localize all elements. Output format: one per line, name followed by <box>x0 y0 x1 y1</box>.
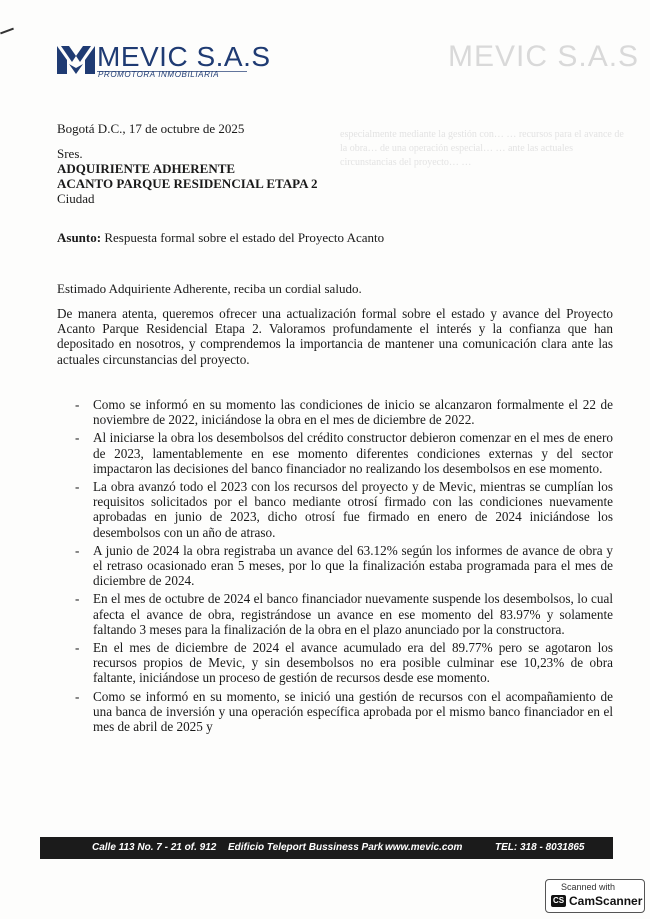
letterhead-footer: Calle 113 No. 7 - 21 of. 912 Edificio Te… <box>40 837 613 859</box>
camscanner-name: CamScanner <box>569 894 642 908</box>
company-name: MEVIC S.A.S <box>97 41 271 73</box>
list-item: -En el mes de octubre de 2024 el banco f… <box>57 591 613 637</box>
subject-label: Asunto: <box>57 230 101 245</box>
bullet-dash-icon: - <box>75 640 79 655</box>
mevic-m-icon <box>57 44 95 74</box>
list-item: -Como se informó en su momento, se inici… <box>57 689 613 735</box>
list-item-text: La obra avanzó todo el 2023 con los recu… <box>93 479 613 540</box>
recipient-city: Ciudad <box>57 191 95 207</box>
camscanner-badge: Scanned with CS CamScanner <box>545 879 645 913</box>
salutation-prefix: Sres. <box>57 146 83 162</box>
list-item: -Como se informó en su momento las condi… <box>57 397 613 427</box>
bullet-dash-icon: - <box>75 479 79 494</box>
company-tagline: PROMOTORA INMOBILIARIA <box>98 70 219 79</box>
place-date: Bogotá D.C., 17 de octubre de 2025 <box>57 121 244 137</box>
footer-address: Calle 113 No. 7 - 21 of. 912 <box>92 842 216 853</box>
status-points-list: -Como se informó en su momento las condi… <box>57 397 613 737</box>
footer-phone: TEL: 318 - 8031865 <box>495 842 585 853</box>
bullet-dash-icon: - <box>75 397 79 412</box>
bullet-dash-icon: - <box>75 689 79 704</box>
list-item-text: A junio de 2024 la obra registraba un av… <box>93 543 613 588</box>
list-item-text: En el mes de diciembre de 2024 el avance… <box>93 640 613 685</box>
list-item-text: Como se informó en su momento, se inició… <box>93 689 613 734</box>
recipient-line-2: ACANTO PARQUE RESIDENCIAL ETAPA 2 <box>57 176 318 192</box>
company-logo: MEVIC S.A.S PROMOTORA INMOBILIARIA <box>57 44 247 82</box>
subject-line: Asunto: Respuesta formal sobre el estado… <box>57 230 384 246</box>
bullet-dash-icon: - <box>75 543 79 558</box>
list-item-text: Como se informó en su momento las condic… <box>93 397 613 427</box>
bullet-dash-icon: - <box>75 591 79 606</box>
bleed-through-text: especialmente mediante la gestión con… …… <box>340 128 630 170</box>
footer-building: Edificio Teleport Bussiness Park <box>228 842 383 853</box>
list-item-text: Al iniciarse la obra los desembolsos del… <box>93 430 613 475</box>
letter-page: MEVIC S.A.S especialmente mediante la ge… <box>0 0 650 919</box>
scan-mark <box>0 28 14 35</box>
list-item: -La obra avanzó todo el 2023 con los rec… <box>57 479 613 540</box>
subject-text: Respuesta formal sobre el estado del Pro… <box>101 230 384 245</box>
list-item: -A junio de 2024 la obra registraba un a… <box>57 543 613 589</box>
greeting: Estimado Adquiriente Adherente, reciba u… <box>57 281 362 297</box>
intro-paragraph: De manera atenta, queremos ofrecer una a… <box>57 306 613 367</box>
bleed-through-logo: MEVIC S.A.S <box>448 40 639 74</box>
camscanner-icon: CS <box>551 895 566 907</box>
list-item: -Al iniciarse la obra los desembolsos de… <box>57 430 613 476</box>
list-item-text: En el mes de octubre de 2024 el banco fi… <box>93 591 613 636</box>
footer-website: www.mevic.com <box>385 842 462 853</box>
list-item: -En el mes de diciembre de 2024 el avanc… <box>57 640 613 686</box>
recipient-line-1: ADQUIRIENTE ADHERENTE <box>57 161 235 177</box>
bullet-dash-icon: - <box>75 430 79 445</box>
scanned-with-caption: Scanned with <box>561 882 615 892</box>
